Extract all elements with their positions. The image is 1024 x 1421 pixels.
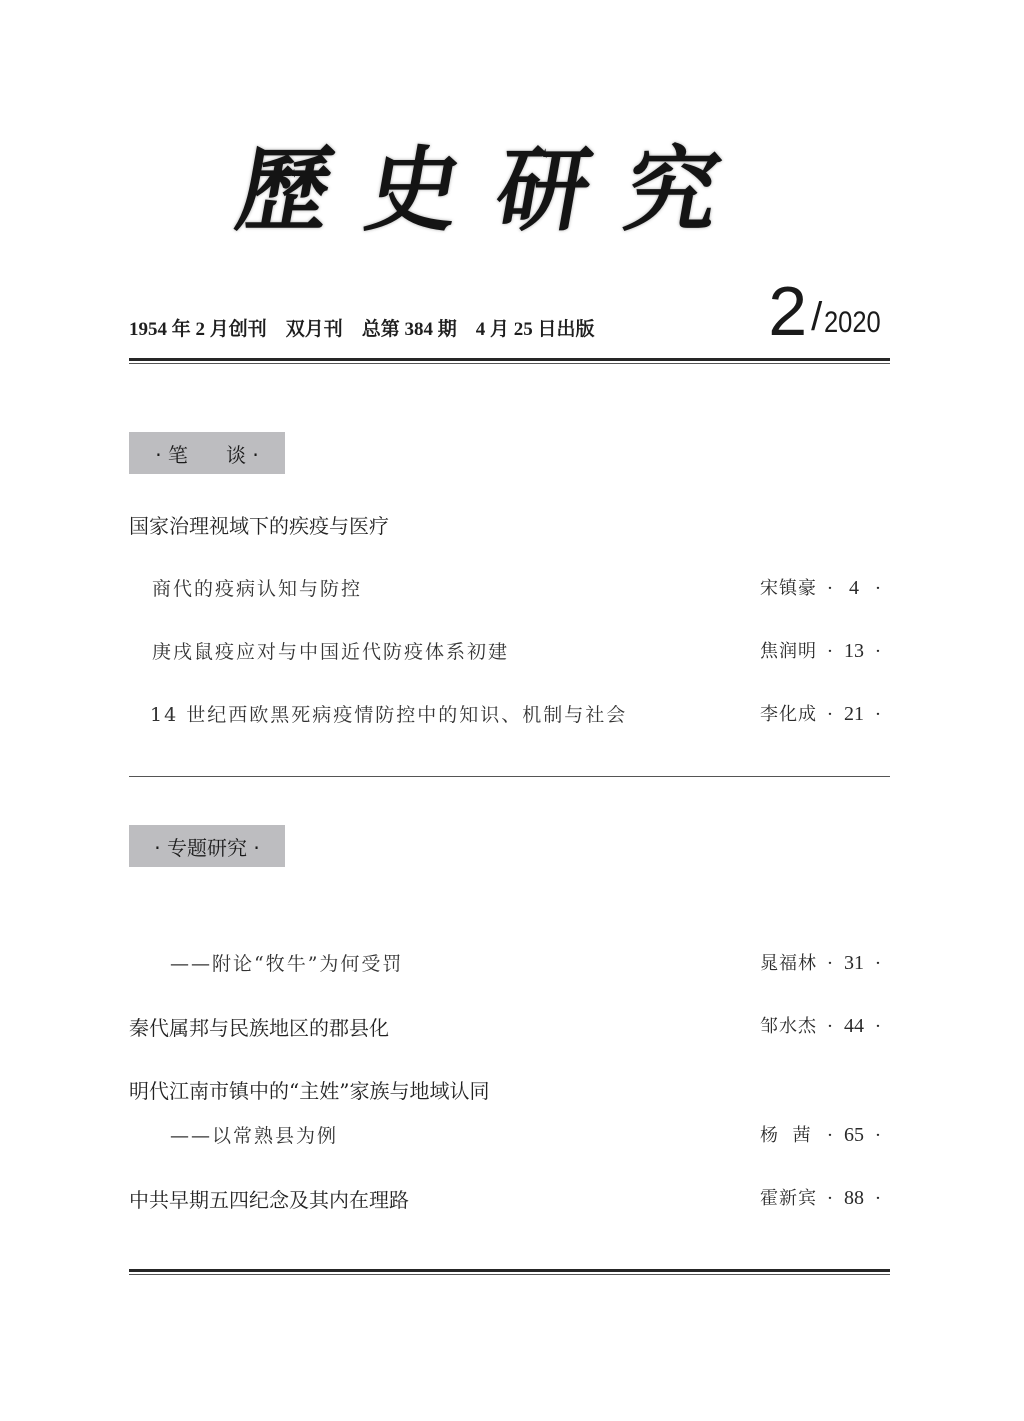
article-page: 21 [838, 703, 870, 726]
masthead-char: 歷 [228, 117, 343, 249]
article-byline: 杨 茜 · 65 · [760, 1121, 890, 1147]
footer-rule [129, 1269, 890, 1275]
article-page: 13 [838, 640, 870, 663]
article-byline: 晁福林 · 31 · [760, 949, 890, 975]
article-subtitle: ——以常熟县为例 [170, 1121, 338, 1148]
article-byline: 霍新宾 · 88 · [760, 1184, 890, 1210]
article-author: 宋镇豪 [760, 574, 822, 600]
group-title: 国家治理视域下的疾疫与医疗 [129, 510, 389, 539]
article-author: 霍新宾 [760, 1184, 822, 1210]
section-label-bitan: · 笔 谈 · [129, 432, 285, 474]
article-subtitle: ——附论“牧牛”为何受罚 [170, 949, 403, 976]
journal-masthead: 歷 史 研 究 [240, 118, 720, 248]
section-label-special-research: · 专题研究 · [129, 825, 285, 867]
masthead-char: 研 [487, 117, 602, 249]
article-title[interactable]: 明代江南市镇中的“主姓”家族与地域认同 [129, 1075, 489, 1104]
article-byline: 焦润明 · 13 · [760, 637, 890, 663]
publication-info: 1954 年 2 月创刊 双月刊 总第 384 期 4 月 25 日出版 [129, 314, 595, 341]
article-title[interactable]: 秦代属邦与民族地区的郡县化 [129, 1012, 389, 1041]
article-page: 88 [838, 1187, 870, 1210]
masthead-char: 究 [616, 117, 731, 249]
masthead-char: 史 [358, 117, 473, 249]
article-byline: 宋镇豪 · 4 · [760, 574, 890, 600]
article-title[interactable]: 14 世纪西欧黑死病疫情防控中的知识、机制与社会 [150, 700, 627, 727]
article-page: 44 [838, 1015, 870, 1038]
header-rule [129, 358, 890, 364]
article-author: 邹水杰 [760, 1012, 822, 1038]
issue-year: 2020 [824, 304, 881, 342]
issue-slash: / [811, 292, 822, 342]
issue-number: 2 / 2020 [768, 276, 891, 346]
article-page: 31 [838, 952, 870, 975]
article-author: 焦润明 [760, 637, 822, 663]
article-author: 李化成 [760, 700, 822, 726]
issue-number-value: 2 [768, 276, 807, 346]
article-page: 65 [838, 1124, 870, 1147]
article-title[interactable]: 庚戌鼠疫应对与中国近代防疫体系初建 [152, 637, 509, 664]
article-page: 4 [838, 577, 870, 600]
article-author: 杨 茜 [760, 1121, 822, 1147]
article-author: 晁福林 [760, 949, 822, 975]
article-title[interactable]: 中共早期五四纪念及其内在理路 [129, 1184, 409, 1213]
section-divider [129, 776, 890, 777]
article-byline: 邹水杰 · 44 · [760, 1012, 890, 1038]
article-byline: 李化成 · 21 · [760, 700, 890, 726]
article-title[interactable]: 商代的疫病认知与防控 [152, 574, 362, 601]
journal-contents-page: 歷 史 研 究 1954 年 2 月创刊 双月刊 总第 384 期 4 月 25… [0, 0, 1024, 1421]
